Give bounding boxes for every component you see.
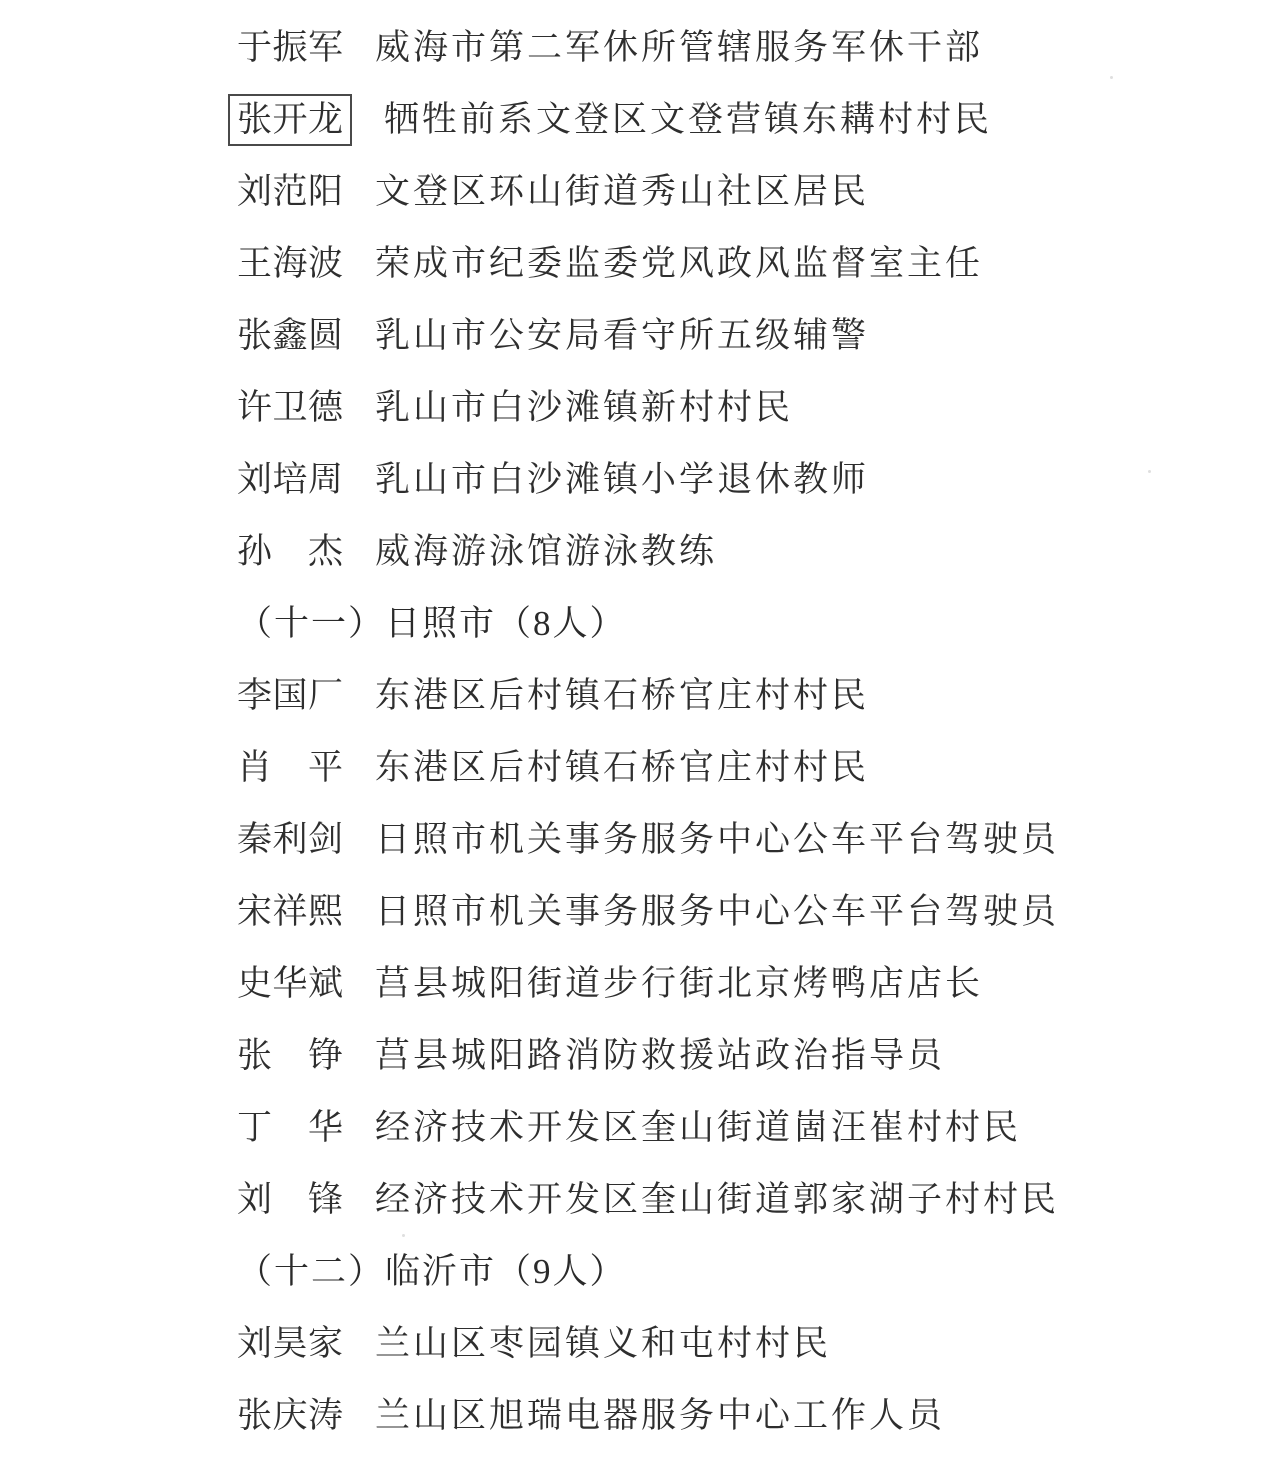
person-name: 丁华 (237, 1109, 343, 1148)
person-affiliation: 乳山市公安局看守所五级辅警 (375, 317, 869, 356)
person-name: 张鑫圆 (237, 317, 343, 356)
person-affiliation: 文登区环山街道秀山社区居民 (375, 173, 869, 212)
person-name: 张庆涛 (237, 1397, 343, 1436)
person-name: 秦利剑 (237, 821, 343, 860)
person-affiliation: 日照市机关事务服务中心公车平台驾驶员 (375, 821, 1059, 860)
person-affiliation: 东港区后村镇石桥官庄村村民 (375, 749, 869, 788)
person-name: 李国厂 (237, 677, 343, 716)
person-affiliation: 乳山市白沙滩镇新村村民 (375, 389, 793, 428)
person-name: 于振军 (237, 29, 343, 68)
list-item: 刘范阳 文登区环山街道秀山社区居民 (0, 156, 1280, 228)
list-item: 张铮 莒县城阳路消防救援站政治指导员 (0, 1020, 1280, 1092)
person-name: 刘范阳 (237, 173, 343, 212)
person-name: 宋祥熙 (237, 893, 343, 932)
person-name: 张铮 (237, 1037, 343, 1076)
person-name: 刘培周 (237, 461, 343, 500)
scan-noise-speck (402, 1234, 405, 1237)
list-item: 肖平 东港区后村镇石桥官庄村村民 (0, 732, 1280, 804)
document-page: 于振军 威海市第二军休所管辖服务军休干部 张开龙 牺牲前系文登区文登营镇东耩村村… (0, 0, 1280, 1463)
person-name: 刘锋 (237, 1181, 343, 1220)
person-affiliation: 威海市第二军休所管辖服务军休干部 (375, 29, 983, 68)
list-item: 李国厂 东港区后村镇石桥官庄村村民 (0, 660, 1280, 732)
person-affiliation: 莒县城阳街道步行街北京烤鸭店店长 (375, 965, 983, 1004)
person-affiliation: 荣成市纪委监委党风政风监督室主任 (375, 245, 983, 284)
person-name: 王海波 (237, 245, 343, 284)
person-affiliation: 东港区后村镇石桥官庄村村民 (375, 677, 869, 716)
list-item: 宋祥熙 日照市机关事务服务中心公车平台驾驶员 (0, 876, 1280, 948)
section-header-row: （十一）日照市（8人） (0, 588, 1280, 660)
list-item: 于振军 威海市第二军休所管辖服务军休干部 (0, 12, 1280, 84)
person-affiliation: 经济技术开发区奎山街道崮汪崔村村民 (375, 1109, 1021, 1148)
list-item: 秦利剑 日照市机关事务服务中心公车平台驾驶员 (0, 804, 1280, 876)
person-affiliation: 威海游泳馆游泳教练 (375, 533, 717, 572)
list-item: 刘昊家 兰山区枣园镇义和屯村村民 (0, 1308, 1280, 1380)
section-header-row: （十二）临沂市（9人） (0, 1236, 1280, 1308)
list-item: 王海波 荣成市纪委监委党风政风监督室主任 (0, 228, 1280, 300)
list-item: 刘培周 乳山市白沙滩镇小学退休教师 (0, 444, 1280, 516)
list-item: 史华斌 莒县城阳街道步行街北京烤鸭店店长 (0, 948, 1280, 1020)
person-name: 张开龙 (228, 94, 352, 147)
list-item: 张开龙 牺牲前系文登区文登营镇东耩村村民 (0, 84, 1280, 156)
person-affiliation: 莒县城阳路消防救援站政治指导员 (375, 1037, 945, 1076)
list-item: 丁华 经济技术开发区奎山街道崮汪崔村村民 (0, 1092, 1280, 1164)
person-affiliation: 兰山区旭瑞电器服务中心工作人员 (375, 1397, 945, 1436)
section-header: （十一）日照市（8人） (237, 605, 627, 644)
list-item: 许卫德 乳山市白沙滩镇新村村民 (0, 372, 1280, 444)
person-affiliation: 乳山市白沙滩镇小学退休教师 (375, 461, 869, 500)
person-affiliation: 牺牲前系文登区文登营镇东耩村村民 (384, 101, 992, 140)
person-name: 孙杰 (237, 533, 343, 572)
list-item: 张庆涛 兰山区旭瑞电器服务中心工作人员 (0, 1380, 1280, 1452)
person-name: 刘昊家 (237, 1325, 343, 1364)
person-affiliation: 日照市机关事务服务中心公车平台驾驶员 (375, 893, 1059, 932)
scan-noise-speck (1148, 470, 1151, 473)
person-name: 肖平 (237, 749, 343, 788)
scan-noise-speck (1110, 76, 1113, 79)
list-item: 张鑫圆 乳山市公安局看守所五级辅警 (0, 300, 1280, 372)
list-item: 刘锋 经济技术开发区奎山街道郭家湖子村村民 (0, 1164, 1280, 1236)
person-name: 史华斌 (237, 965, 343, 1004)
document-body: 于振军 威海市第二军休所管辖服务军休干部 张开龙 牺牲前系文登区文登营镇东耩村村… (0, 12, 1280, 1452)
person-affiliation: 兰山区枣园镇义和屯村村民 (375, 1325, 831, 1364)
scan-noise-speck (704, 844, 707, 847)
list-item: 孙杰 威海游泳馆游泳教练 (0, 516, 1280, 588)
section-header: （十二）临沂市（9人） (237, 1253, 627, 1292)
person-affiliation: 经济技术开发区奎山街道郭家湖子村村民 (375, 1181, 1059, 1220)
person-name: 许卫德 (237, 389, 343, 428)
